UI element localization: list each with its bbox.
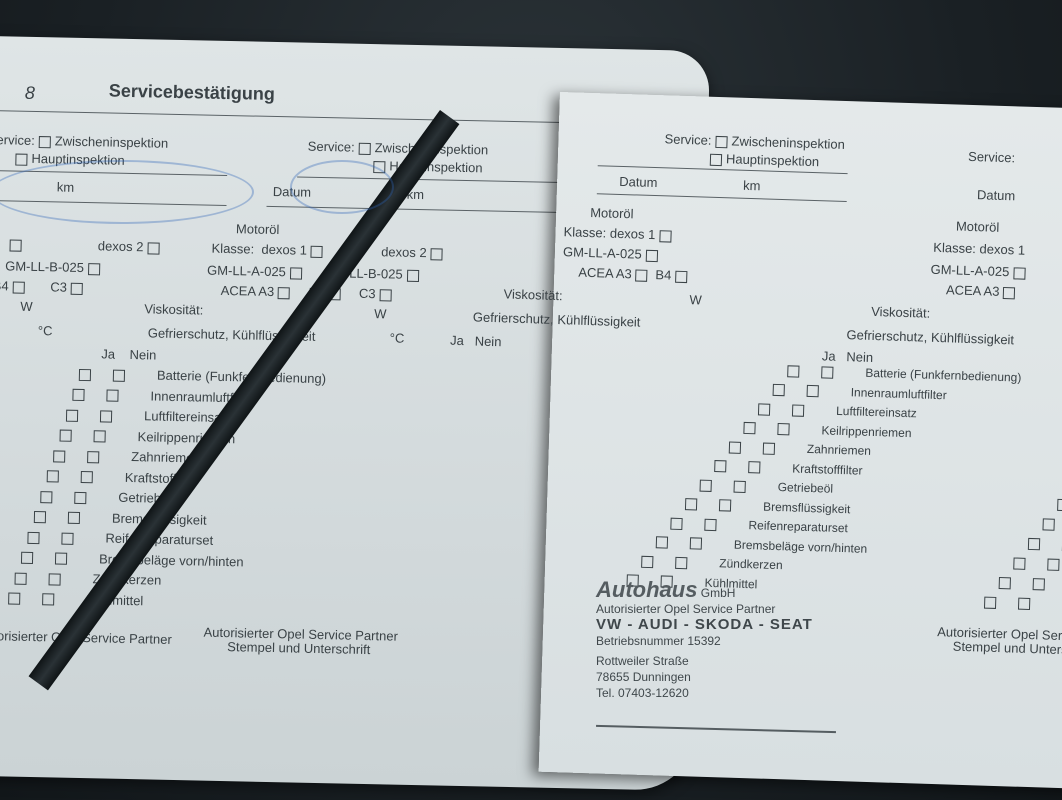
oil-class-row: Klasse: dexos 1 dexos 2	[211, 241, 446, 261]
service-label: Service:	[664, 131, 711, 147]
spec-c3: C3	[50, 279, 67, 294]
antifreeze-label: Gefrierschutz, Kühlflüssigkeit	[846, 327, 1014, 347]
checkbox-yes[interactable]	[714, 460, 726, 472]
page-number: 8	[25, 83, 35, 104]
spec-dexos1: dexos 1	[979, 241, 1025, 257]
checklist-label: Reifenreparaturset	[748, 518, 848, 535]
checklist-item: Getriebeöl	[1053, 496, 1062, 515]
checkbox[interactable]	[431, 248, 443, 260]
checklist-label: Kraftstofffilter	[792, 461, 863, 477]
spec-acea-a3: ACEA A3	[221, 283, 275, 299]
spec-dexos1: dexos 1	[261, 242, 307, 258]
checkbox[interactable]	[645, 249, 657, 261]
checkbox[interactable]	[1013, 267, 1025, 279]
checkbox-no[interactable]	[1033, 578, 1045, 590]
viscosity-label: Viskosität:	[503, 286, 562, 303]
stamp-business-number: Betriebsnummer 15392	[596, 633, 866, 649]
stamp-label: Stempel und Unterschrift	[953, 639, 1062, 658]
checklist-item: Bremsbeläge vorn/hinten	[1009, 554, 1062, 576]
spec-acea-a3: ACEA A3	[946, 282, 1000, 299]
checkbox-yes[interactable]	[60, 430, 72, 442]
checkbox[interactable]	[1003, 287, 1015, 299]
checkbox[interactable]	[359, 142, 371, 154]
checklist-item: Zündkerzen	[995, 574, 1062, 594]
handwritten-stamp-mark	[290, 160, 394, 214]
checkbox[interactable]	[15, 153, 27, 165]
checkbox-no[interactable]	[94, 430, 106, 442]
no-label: Nein	[474, 333, 501, 349]
checkbox-no[interactable]	[777, 423, 789, 435]
rule	[597, 193, 847, 202]
yes-label: Ja	[101, 346, 115, 361]
checklist-item: Kühlmittel	[4, 590, 143, 608]
checklist-label: Luftfiltereinsatz	[836, 404, 917, 421]
viscosity-label: Viskosität:	[144, 301, 203, 317]
engine-oil-label: Motoröl	[236, 221, 280, 237]
yes-label: Ja	[450, 333, 464, 348]
checkbox-no[interactable]	[81, 471, 93, 483]
oil-gm-row: GM-LL-A-025 GM-LL-B-025	[207, 263, 423, 283]
checkbox[interactable]	[636, 269, 648, 281]
spec-dexos2: dexos 2	[98, 238, 144, 254]
checkbox[interactable]	[71, 282, 83, 294]
checklist-label: Zahnriemen	[807, 442, 871, 458]
checkbox-no[interactable]	[113, 369, 125, 381]
checklist-item: Bremsflüssigkeit	[30, 508, 207, 527]
checkbox-no[interactable]	[675, 557, 687, 569]
spec-gm-a: GM-LL-A-025	[930, 262, 1009, 279]
checklist-item: Keilrippenriemen	[739, 420, 911, 439]
spec-dexos1: dexos 1	[610, 226, 656, 242]
checkbox[interactable]	[379, 289, 391, 301]
checkbox-no[interactable]	[719, 500, 731, 512]
checklist-label: Bremsflüssigkeit	[763, 499, 851, 516]
checklist-label: Zündkerzen	[719, 556, 783, 572]
checkbox-yes[interactable]	[15, 572, 27, 584]
checkbox-yes[interactable]	[1057, 498, 1062, 510]
checklist-label: Getriebeöl	[777, 480, 833, 496]
checklist-column-3: Batterie (Funkfernbedienung)Innenraumluf…	[560, 92, 1062, 109]
spec-dexos2: dexos 2	[381, 244, 427, 260]
checkbox[interactable]	[715, 135, 727, 147]
spec-b4: B4	[655, 267, 671, 282]
checklist-label: Batterie (Funkfernbedienung)	[865, 366, 1021, 385]
stamp-brands: VW - AUDI - SKODA - SEAT	[596, 617, 866, 633]
checkbox-no[interactable]	[55, 553, 67, 565]
date-label: Datum	[977, 187, 1016, 203]
checkbox[interactable]	[659, 230, 671, 242]
checklist-item: Luftfiltereinsatz	[754, 401, 917, 420]
checkbox-no[interactable]	[106, 390, 118, 402]
stamp-logo: Autohaus	[596, 577, 697, 602]
checklist-item: Kühlmittel	[980, 593, 1062, 612]
stamp-subtitle: Autorisierter Opel Service Partner	[596, 601, 866, 617]
viscosity-unit-col1: W	[20, 299, 33, 314]
oil-acea-row-col1: B4 C3	[0, 278, 87, 295]
checkbox-yes[interactable]	[700, 479, 712, 491]
service-label: Service:	[308, 139, 355, 155]
checklist-label: Keilrippenriemen	[821, 423, 911, 440]
checkbox-yes[interactable]	[656, 537, 668, 549]
checkbox-yes[interactable]	[743, 422, 755, 434]
no-label: Nein	[129, 347, 156, 363]
checklist-column-4: Batterie (Funkfernbedienung)Innenraumluf…	[560, 92, 1062, 109]
checklist-item: Reifenreparaturset	[1024, 535, 1062, 556]
stamp-street: Rottweiler Straße	[596, 653, 866, 669]
checklist-item: Bremsflüssigkeit	[681, 497, 851, 516]
checkbox-yes[interactable]	[27, 531, 39, 543]
checkbox-no[interactable]	[61, 532, 73, 544]
checklist-label: Bremsbeläge vorn/hinten	[734, 537, 868, 555]
checkbox-no[interactable]	[42, 593, 54, 605]
checkbox-yes[interactable]	[1013, 557, 1025, 569]
checkbox-no[interactable]	[74, 491, 86, 503]
no-label: Nein	[846, 349, 873, 365]
checklist-item: Batterie (Funkfernbedienung)	[75, 366, 326, 386]
class-label: Klasse:	[563, 224, 606, 240]
checklist-label: Innenraumluftfilter	[851, 385, 947, 402]
stamp-city: 78655 Dunningen	[596, 669, 866, 685]
checklist-item: Zahnriemen	[49, 447, 201, 465]
checklist-item: Getriebeöl	[696, 477, 834, 495]
checkbox-yes[interactable]	[34, 511, 46, 523]
page-title: Servicebestätigung	[109, 81, 275, 105]
viscosity-unit: W	[374, 306, 387, 321]
checklist-item: Kraftstofffilter	[710, 458, 863, 477]
checklist-item: Luftfiltereinsatz	[62, 407, 232, 426]
checkbox-yes[interactable]	[984, 596, 996, 608]
spec-acea-a3: ACEA A3	[578, 265, 632, 282]
checkbox[interactable]	[147, 242, 159, 254]
checkbox-yes[interactable]	[21, 552, 33, 564]
checkbox-no[interactable]	[748, 461, 760, 473]
checkbox-no[interactable]	[734, 480, 746, 492]
checklist-item: Innenraumluftfilter	[769, 382, 947, 402]
checkbox[interactable]	[675, 270, 687, 282]
antifreeze-unit: °C	[390, 330, 405, 345]
checkbox[interactable]	[10, 239, 22, 251]
service-label: Service:	[968, 149, 1015, 165]
checkbox-yes[interactable]	[72, 389, 84, 401]
class-label: Klasse:	[933, 240, 976, 256]
option-intermediate: Zwischeninspektion	[55, 133, 169, 150]
checkbox-no[interactable]	[807, 385, 819, 397]
engine-oil-label: Motoröl	[956, 219, 1000, 235]
checklist-item: Reifenreparaturset	[23, 529, 213, 548]
checklist-column-2: Batterie (Funkfernbedienung)Innenraumluf…	[0, 36, 710, 51]
checkbox-yes[interactable]	[66, 409, 78, 421]
checkbox-no[interactable]	[690, 538, 702, 550]
viscosity-unit: W	[689, 292, 702, 307]
checkbox-yes[interactable]	[685, 498, 697, 510]
option-intermediate: Zwischeninspektion	[731, 133, 845, 152]
checklist-item: Reifenreparaturset	[666, 516, 848, 536]
checkbox-yes[interactable]	[1042, 518, 1054, 530]
dealer-stamp: Autohaus GmbH Autorisierter Opel Service…	[596, 582, 866, 732]
checkbox-yes[interactable]	[999, 577, 1011, 589]
checkbox-yes[interactable]	[758, 403, 770, 415]
oil-gm-row-col1: GM-LL-B-025	[5, 258, 104, 275]
engine-oil-label: Motoröl	[590, 205, 634, 221]
checkbox-no[interactable]	[1018, 597, 1030, 609]
checkbox-yes[interactable]	[670, 518, 682, 530]
checkbox-yes[interactable]	[8, 593, 20, 605]
antifreeze-unit-col1: °C	[38, 323, 53, 338]
checkbox-no[interactable]	[704, 519, 716, 531]
checkbox-yes[interactable]	[40, 491, 52, 503]
date-label: Datum	[619, 174, 658, 190]
checkbox-no[interactable]	[792, 404, 804, 416]
yes-label: Ja	[822, 348, 836, 363]
checkbox-no[interactable]	[68, 512, 80, 524]
spec-gm-a: GM-LL-A-025	[207, 263, 286, 280]
checkbox-yes[interactable]	[729, 441, 741, 453]
checkbox[interactable]	[39, 136, 51, 148]
checkbox[interactable]	[88, 263, 100, 275]
spec-gm-a: GM-LL-A-025	[563, 244, 642, 261]
spec-c3: C3	[359, 286, 376, 301]
checklist-item: Bremsflüssigkeit	[1038, 515, 1062, 536]
checkbox-yes[interactable]	[53, 450, 65, 462]
stamp-label: Stempel und Unterschrift	[227, 639, 370, 657]
km-label: km	[743, 178, 761, 194]
checklist-item: Zündkerzen	[11, 570, 162, 588]
checkbox-yes[interactable]	[787, 365, 799, 377]
handwritten-stamp-mark	[0, 160, 254, 224]
service-label: Service:	[0, 132, 35, 148]
checkbox[interactable]	[710, 153, 722, 165]
checkbox-yes[interactable]	[47, 470, 59, 482]
stamp-phone: Tel. 07403-12620	[596, 685, 866, 701]
checkbox-no[interactable]	[1047, 558, 1059, 570]
checklist-item: Bremsbeläge vorn/hinten	[652, 535, 868, 556]
spec-gm-b: GM-LL-B-025	[5, 258, 84, 275]
checkbox-yes[interactable]	[79, 369, 91, 381]
checkbox-no[interactable]	[821, 366, 833, 378]
checkbox-yes[interactable]	[1028, 537, 1040, 549]
checkbox-yes[interactable]	[773, 384, 785, 396]
stamp-suffix: GmbH	[701, 586, 736, 600]
checkbox[interactable]	[407, 269, 419, 281]
yes-no-header: Ja Nein	[101, 346, 156, 362]
checklist-item: Zahnriemen	[725, 439, 871, 458]
checkbox-no[interactable]	[87, 451, 99, 463]
checkbox-no[interactable]	[49, 573, 61, 585]
checkbox-no[interactable]	[100, 410, 112, 422]
checklist-item: Batterie (Funkfernbedienung)	[783, 363, 1021, 384]
checklist-item: Zündkerzen	[637, 554, 783, 573]
checkbox[interactable]	[290, 267, 302, 279]
class-label: Klasse:	[211, 241, 254, 257]
checkbox[interactable]	[311, 245, 323, 257]
checkbox-no[interactable]	[763, 442, 775, 454]
checkbox-yes[interactable]	[641, 556, 653, 568]
spec-b4: B4	[0, 278, 9, 293]
oil-class-row-col1: dexos 2	[5, 236, 163, 254]
checkbox[interactable]	[278, 287, 290, 299]
checkbox[interactable]	[13, 281, 25, 293]
option-main: Hauptinspektion	[726, 151, 820, 169]
viscosity-label: Viskosität:	[871, 304, 930, 321]
